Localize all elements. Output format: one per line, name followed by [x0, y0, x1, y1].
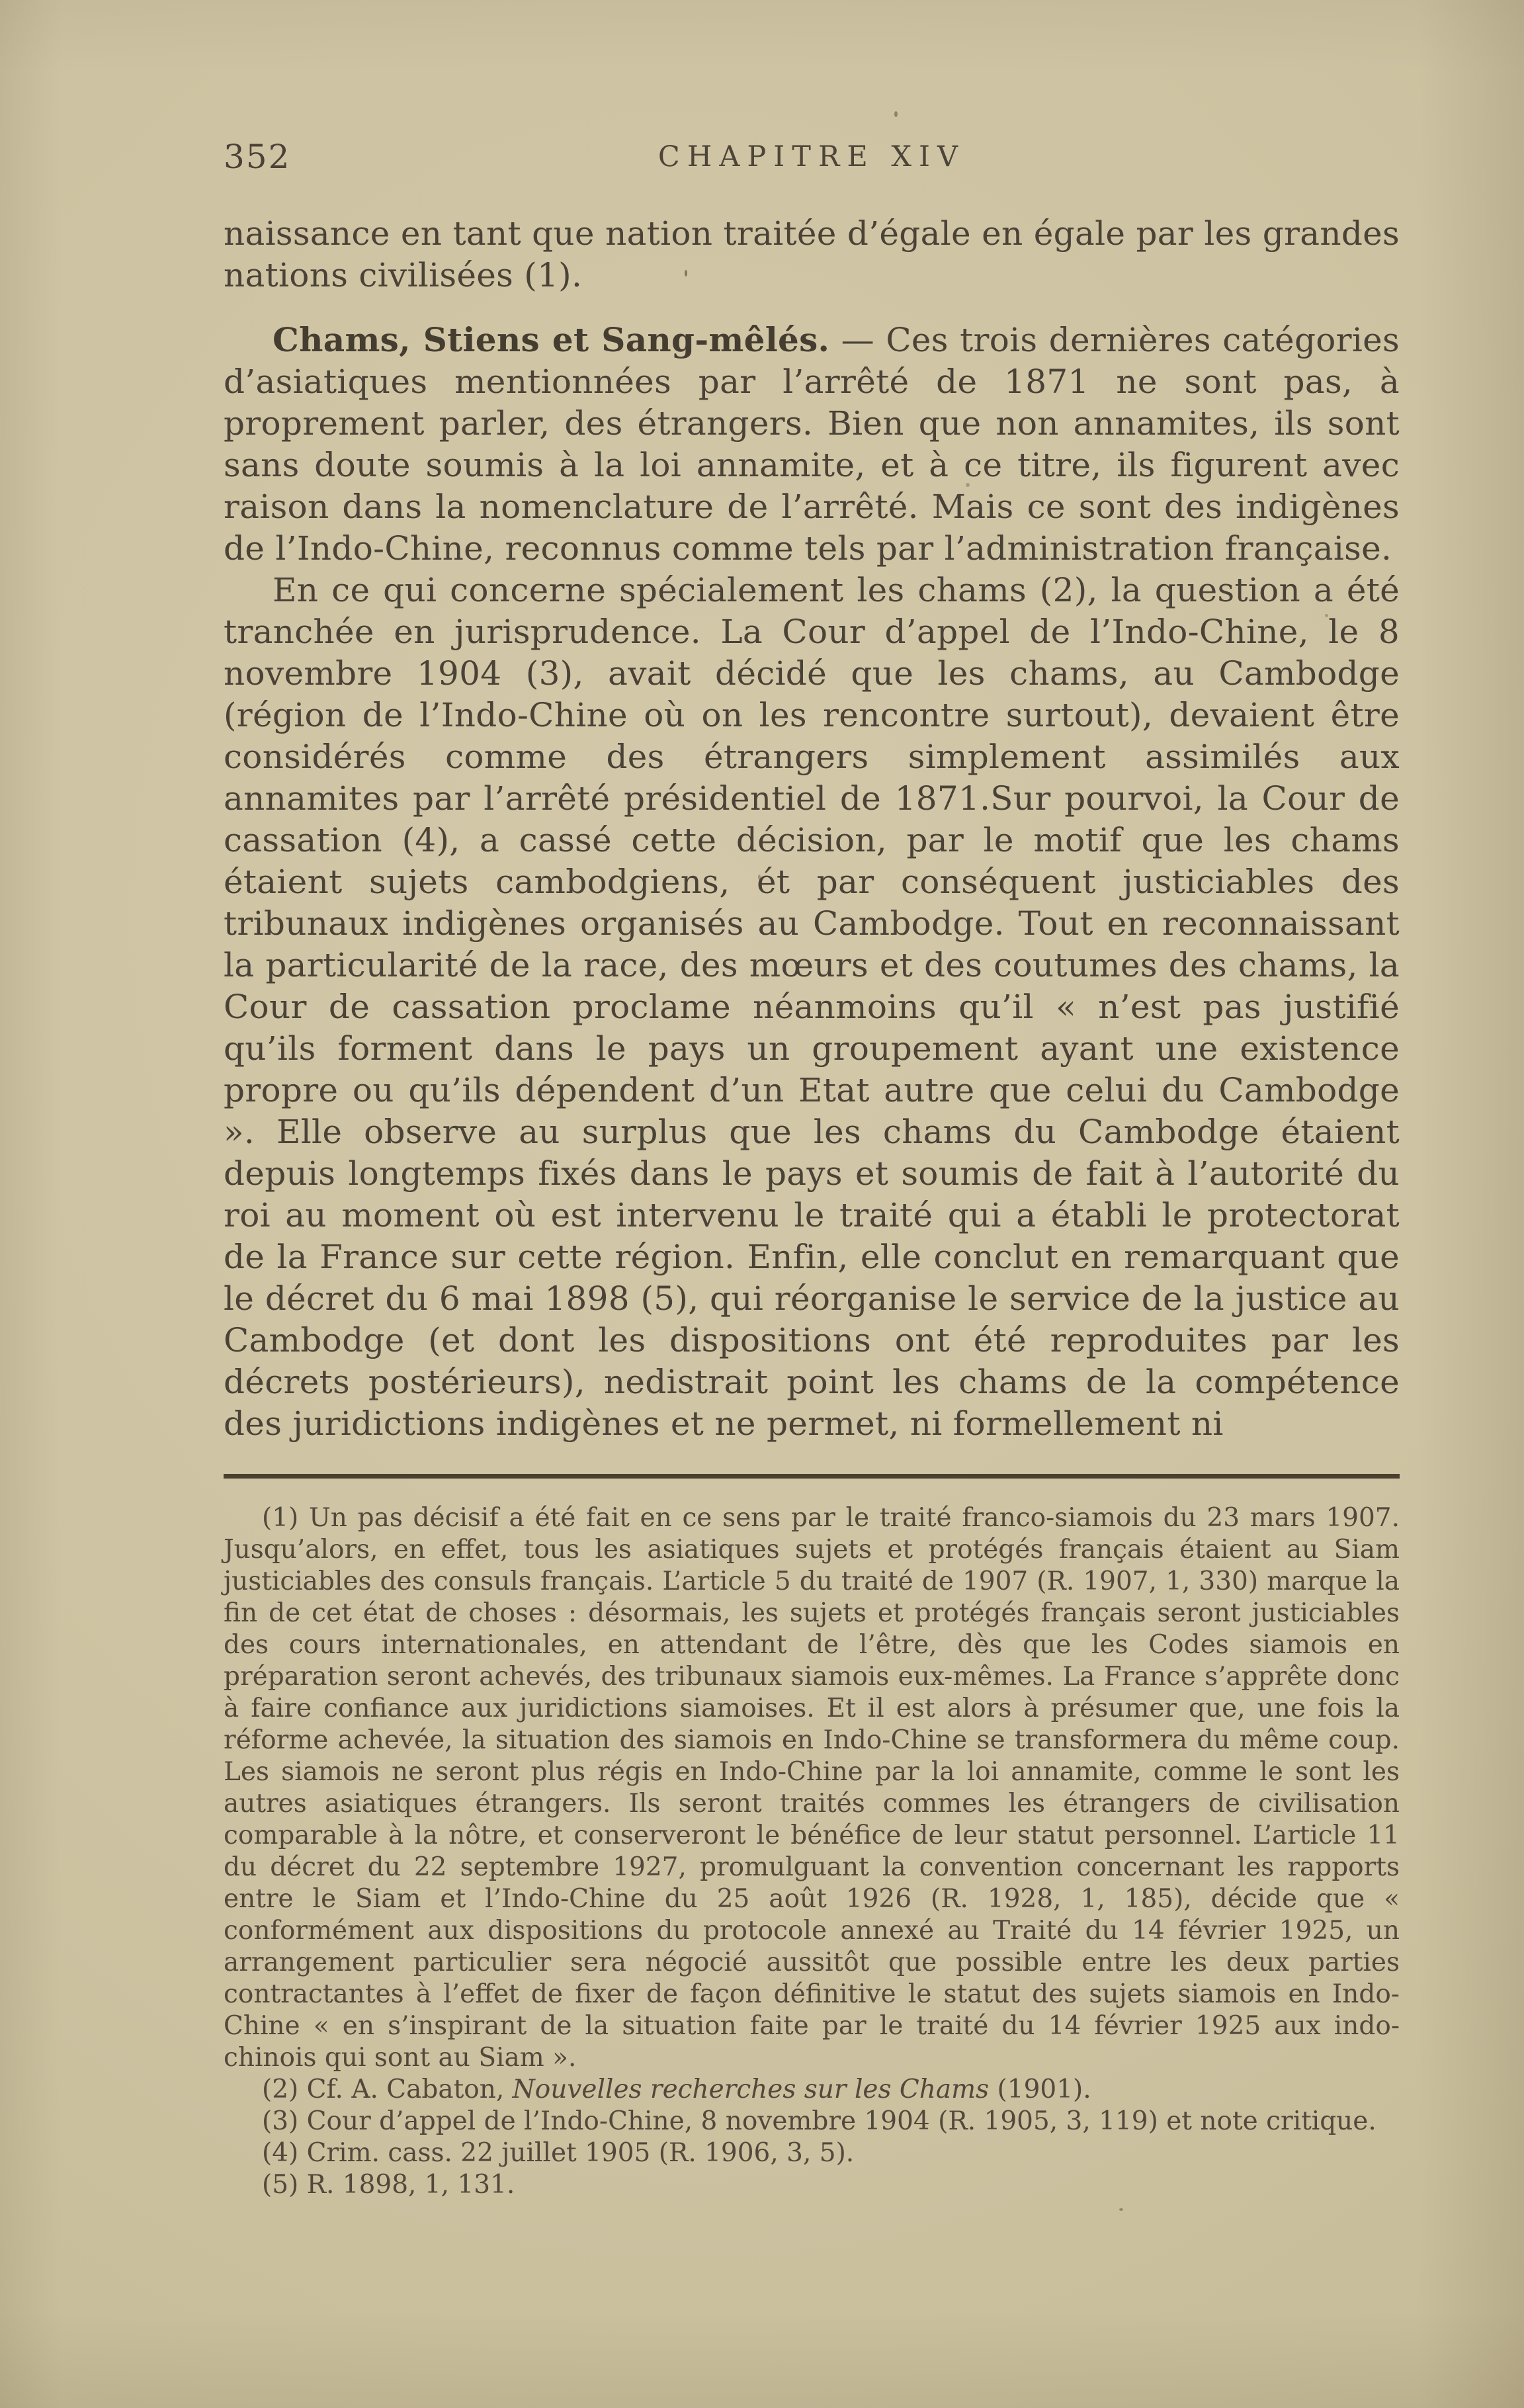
footnote-4: (4) Crim. cass. 22 juillet 1905 (R. 1906… [224, 2137, 1400, 2169]
scanned-book-page: 352 CHAPITRE XIV naissance en tant que n… [0, 0, 1524, 2408]
page-number: 352 [224, 138, 290, 176]
paragraph-continuation: naissance en tant que nation traitée d’é… [224, 213, 1400, 296]
chapter-title: CHAPITRE XIV [224, 132, 1400, 173]
paragraph-bold-lead: Chams, Stiens et Sang-mêlés. [273, 320, 829, 359]
main-text-block: naissance en tant que nation traitée d’é… [224, 213, 1400, 1445]
footnote-5: (5) R. 1898, 1, 131. [224, 2169, 1400, 2201]
footnote-text: (5) R. 1898, 1, 131. [262, 2170, 515, 2200]
footnotes-block: (1) Un pas décisif a été fait en ce sens… [224, 1502, 1400, 2201]
footnote-text: (2) Cf. A. Cabaton, [262, 2075, 513, 2104]
paragraph-text: En ce qui concerne spécialement les cham… [224, 571, 1400, 1443]
footnote-text: (1) Un pas décisif a été fait en ce sens… [224, 1503, 1400, 2073]
footnote-3: (3) Cour d’appel de l’Indo-Chine, 8 nove… [224, 2106, 1400, 2137]
footnote-1: (1) Un pas décisif a été fait en ce sens… [224, 1502, 1400, 2074]
paragraph-text: naissance en tant que nation traitée d’é… [224, 214, 1400, 294]
footnote-text: (1901). [989, 2075, 1091, 2104]
page-header: 352 CHAPITRE XIV [224, 132, 1400, 180]
footnote-text: (4) Crim. cass. 22 juillet 1905 (R. 1906… [262, 2138, 854, 2168]
footnote-separator-rule [224, 1474, 1400, 1479]
book-title-italic: Nouvelles recherches sur les Chams [513, 2075, 989, 2104]
footnote-2: (2) Cf. A. Cabaton, Nouvelles recherches… [224, 2074, 1400, 2106]
paper-speck [894, 111, 898, 117]
paper-speck [1119, 2208, 1123, 2211]
paragraph-chams-stiens-sang-meles: Chams, Stiens et Sang-mêlés. — Ces trois… [224, 319, 1400, 570]
footnote-text: (3) Cour d’appel de l’Indo-Chine, 8 nove… [262, 2106, 1376, 2136]
paragraph-chams-jurisprudence: En ce qui concerne spécialement les cham… [224, 570, 1400, 1445]
page-content: 352 CHAPITRE XIV naissance en tant que n… [224, 132, 1400, 2201]
